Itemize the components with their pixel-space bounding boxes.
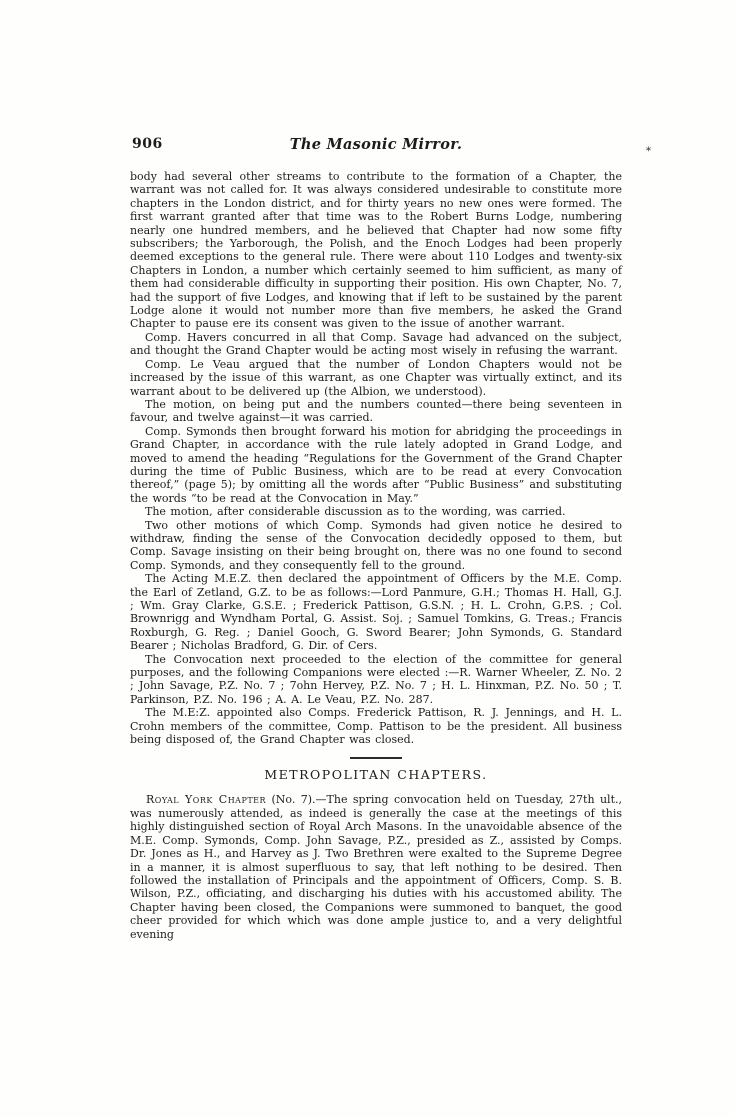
paragraph: Comp. Symonds then brought forward his m…: [130, 425, 622, 505]
section-heading: METROPOLITAN CHAPTERS.: [130, 767, 622, 782]
grand-chapter-report: body had several other streams to contri…: [130, 170, 622, 746]
article-lead: Royal York Chapter: [146, 793, 266, 806]
corner-mark: *: [646, 146, 651, 157]
text-column: 906 The Masonic Mirror. body had several…: [130, 136, 622, 941]
paragraph: Royal York Chapter (No. 7).—The spring c…: [130, 793, 622, 940]
paragraph: Comp. Le Veau argued that the number of …: [130, 358, 622, 398]
paragraph: body had several other streams to contri…: [130, 170, 622, 331]
paragraph: Two other motions of which Comp. Symonds…: [130, 519, 622, 573]
paragraph: The Acting M.E.Z. then declared the appo…: [130, 572, 622, 652]
paragraph: The motion, after considerable discussio…: [130, 505, 622, 518]
metropolitan-chapters-article: Royal York Chapter (No. 7).—The spring c…: [130, 793, 622, 940]
masthead-title: The Masonic Mirror.: [130, 136, 622, 153]
paragraph: The Convocation next proceeded to the el…: [130, 653, 622, 707]
paragraph: The M.E:Z. appointed also Comps. Frederi…: [130, 706, 622, 746]
section-divider-rule: [350, 757, 402, 759]
page-header: 906 The Masonic Mirror.: [130, 136, 622, 158]
article-body: (No. 7).—The spring convocation held on …: [130, 793, 622, 940]
scanned-page: * 906 The Masonic Mirror. body had sever…: [0, 0, 735, 1117]
paragraph: Comp. Havers concurred in all that Comp.…: [130, 331, 622, 358]
paragraph: The motion, on being put and the numbers…: [130, 398, 622, 425]
